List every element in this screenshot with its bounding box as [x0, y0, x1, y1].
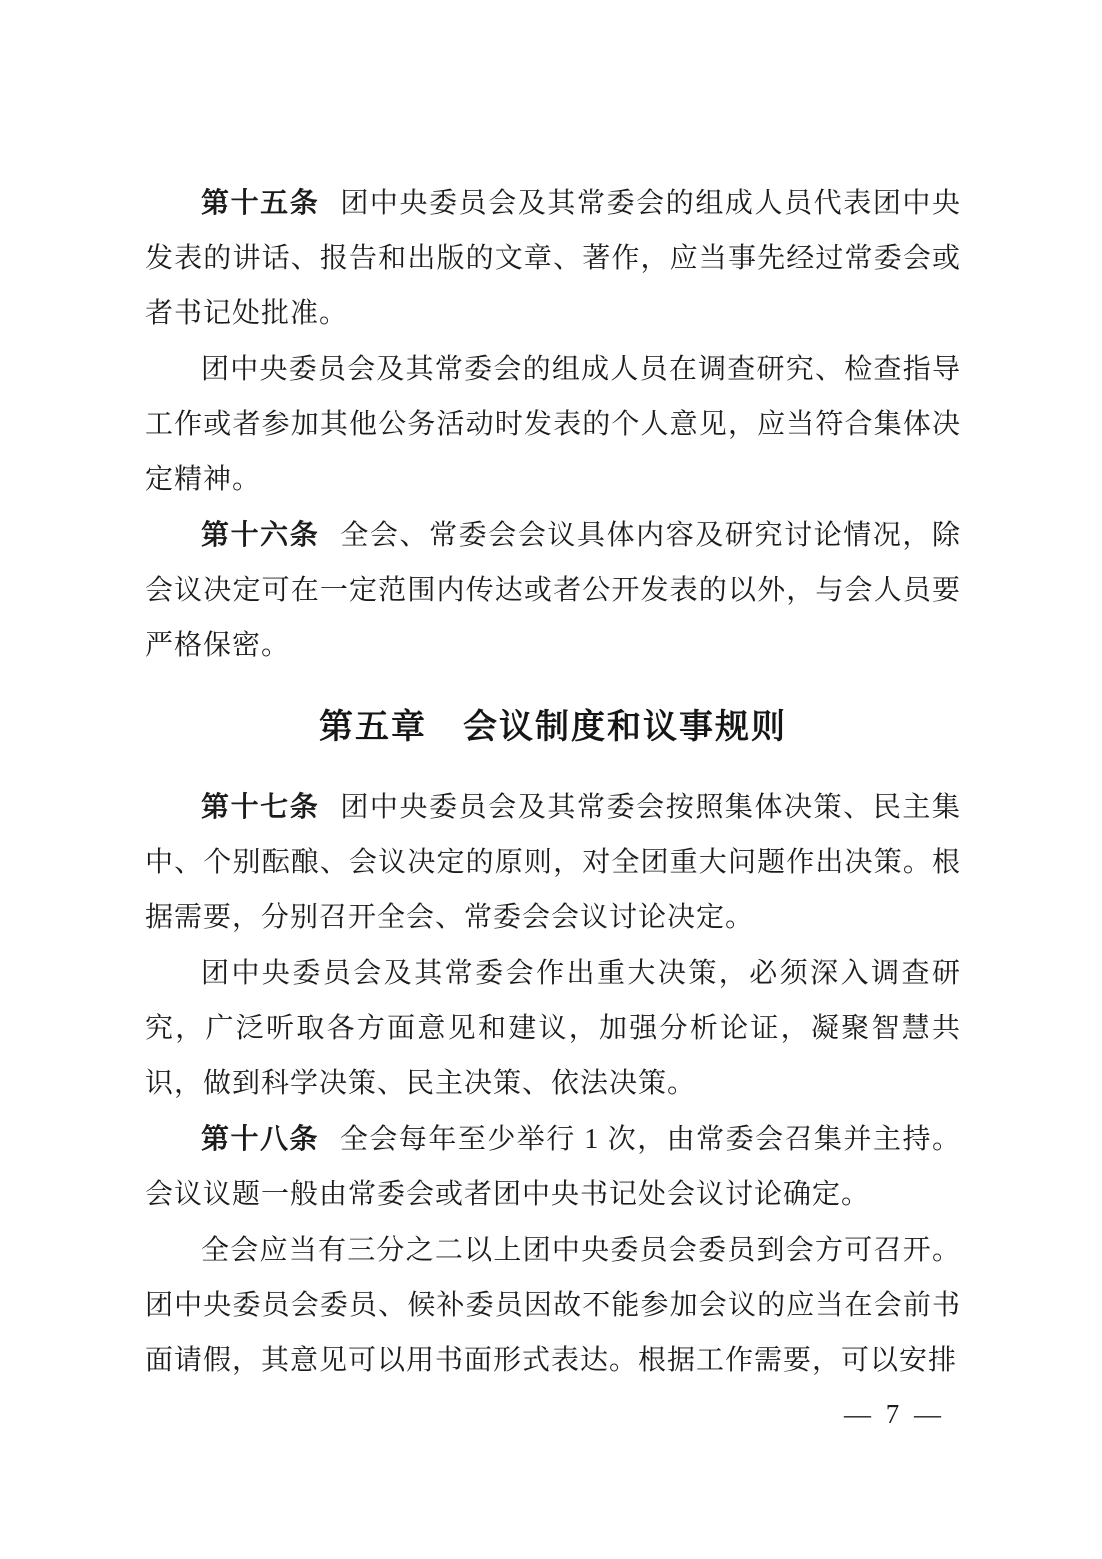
document-page: 第十五条团中央委员会及其常委会的组成人员代表团中央发表的讲话、报告和出版的文章、…	[0, 0, 1102, 1559]
paragraph-text: 团中央委员会及其常委会的组成人员在调查研究、检查指导工作或者参加其他公务活动时发…	[145, 354, 961, 495]
paragraph-article-18: 第十八条全会每年至少举行 1 次，由常委会召集并主持。会议议题一般由常委会或者团…	[145, 1111, 961, 1222]
paragraph-article-17: 第十七条团中央委员会及其常委会按照集体决策、民主集中、个别酝酿、会议决定的原则，…	[145, 779, 961, 945]
article-16-number: 第十六条	[201, 519, 319, 550]
article-17-number: 第十七条	[201, 791, 319, 822]
paragraph-text: 团中央委员会及其常委会作出重大决策，必须深入调查研究，广泛听取各方面意见和建议，…	[145, 958, 961, 1099]
paragraph-article-18-cont: 全会应当有三分之二以上团中央委员会委员到会方可召开。团中央委员会委员、候补委员因…	[145, 1222, 961, 1388]
article-18-number: 第十八条	[201, 1123, 319, 1154]
paragraph-article-15-cont: 团中央委员会及其常委会的组成人员在调查研究、检查指导工作或者参加其他公务活动时发…	[145, 341, 961, 507]
paragraph-article-16: 第十六条全会、常委会会议具体内容及研究讨论情况，除会议决定可在一定范围内传达或者…	[145, 507, 961, 673]
chapter-5-heading: 第五章 会议制度和议事规则	[145, 700, 961, 755]
document-body: 第十五条团中央委员会及其常委会的组成人员代表团中央发表的讲话、报告和出版的文章、…	[145, 175, 961, 1388]
page-number: — 7 —	[844, 1398, 945, 1430]
paragraph-article-17-cont: 团中央委员会及其常委会作出重大决策，必须深入调查研究，广泛听取各方面意见和建议，…	[145, 945, 961, 1111]
paragraph-text: 全会应当有三分之二以上团中央委员会委员到会方可召开。团中央委员会委员、候补委员因…	[145, 1235, 961, 1376]
article-15-number: 第十五条	[201, 187, 319, 218]
paragraph-article-15: 第十五条团中央委员会及其常委会的组成人员代表团中央发表的讲话、报告和出版的文章、…	[145, 175, 961, 341]
